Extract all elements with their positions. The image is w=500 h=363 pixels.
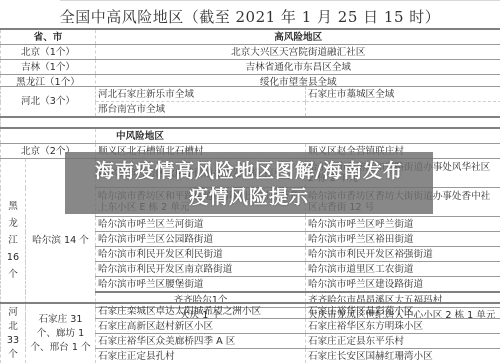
area-cell: 哈尔滨市呼兰区建设路街道 [306, 277, 500, 293]
headline-line-2: 疫情风险提示 [65, 182, 433, 209]
area-cell: 哈尔滨市利民开发区裕强街道 [306, 247, 500, 262]
area-cell: 哈尔滨市呼兰区裕田街道 [306, 232, 500, 247]
area-cell: 石家庄市藁城区全域 [306, 87, 500, 102]
area-cell: 哈尔滨市呼兰区腰堡街道 [96, 277, 306, 293]
province-cell: 河北（3个） [1, 87, 96, 118]
area-cell: 哈尔滨市利民开发区南京路街道 [96, 262, 306, 277]
area-cell: 北京大兴区天宫院街道融汇社区 [96, 45, 500, 60]
area-cell: 石家庄栾城区卓达太阳城希望之洲小区 [96, 303, 306, 319]
area-cell: 石家庄裕华区东方明珠小区 [306, 319, 500, 334]
province-header: 省、市 [1, 29, 96, 45]
area-cell: 哈尔滨市呼兰区呼兰街道 [306, 217, 500, 232]
area-cell: 石家庄高新区赵村新区小区 [96, 319, 306, 334]
headline-line-1: 海南疫情高风险地区图解/海南发布 [65, 156, 433, 183]
page-title: 全国中高风险地区（截至 2021 年 1 月 25 日 15 时） [0, 6, 500, 27]
headline-overlay: 海南疫情高风险地区图解/海南发布 疫情风险提示 [65, 152, 433, 214]
area-cell: 吉林省通化市东昌区全域 [96, 60, 500, 75]
area-cell: 哈尔滨市道里区工农街道 [306, 262, 500, 277]
area-cell: 石家庄长安区国赫红珊湾小区 [306, 349, 500, 363]
area-cell: 哈尔滨市呼兰区兰河街道 [96, 217, 306, 232]
hebei-city-cell: 石家庄 31 个、廊坊 1 个、邢台 1 个 [26, 303, 96, 363]
heilongjiang-province-cell: 黑 龙 江 16 个 [1, 159, 26, 323]
empty-cell [1, 128, 96, 144]
top-rule [60, 0, 500, 1]
risk-area-document: 全国中高风险地区（截至 2021 年 1 月 25 日 15 时） 省、市 高风… [0, 0, 500, 363]
province-cell: 北京（1个） [1, 45, 96, 60]
area-cell: 河北石家庄新乐市全域 [96, 87, 306, 102]
empty-cell [306, 102, 500, 118]
area-cell: 石家庄裕华区众美廊桥四季 A 区 [96, 334, 306, 349]
province-cell: 吉林（1个） [1, 60, 96, 75]
area-cell: 邢台南宫市全域 [96, 102, 306, 118]
high-risk-hebei-table: 河北（3个） 河北石家庄新乐市全域 石家庄市藁城区全域 邢台南宫市全域 [0, 86, 500, 128]
area-cell: 哈尔滨市利民开发区利民街道 [96, 247, 306, 262]
mid-risk-header: 中风险地区 [96, 128, 500, 144]
area-cell: 石家庄正定县孔村 [96, 349, 306, 363]
area-cell: 石家庄裕华区晶彩苑小区 [306, 303, 500, 319]
area-cell: 石家庄正定县东平乐村 [306, 334, 500, 349]
hebei-province-cell: 河 北 33 个 [1, 303, 26, 363]
mid-risk-hebei-table: 河 北 33 个 石家庄 31 个、廊坊 1 个、邢台 1 个 石家庄栾城区卓达… [0, 302, 500, 363]
high-risk-header: 高风险地区 [96, 29, 500, 45]
high-risk-table: 省、市 高风险地区 北京（1个） 北京大兴区天宫院街道融汇社区 吉林（1个） 吉… [0, 28, 500, 89]
area-cell: 哈尔滨市呼兰区公园路街道 [96, 232, 306, 247]
